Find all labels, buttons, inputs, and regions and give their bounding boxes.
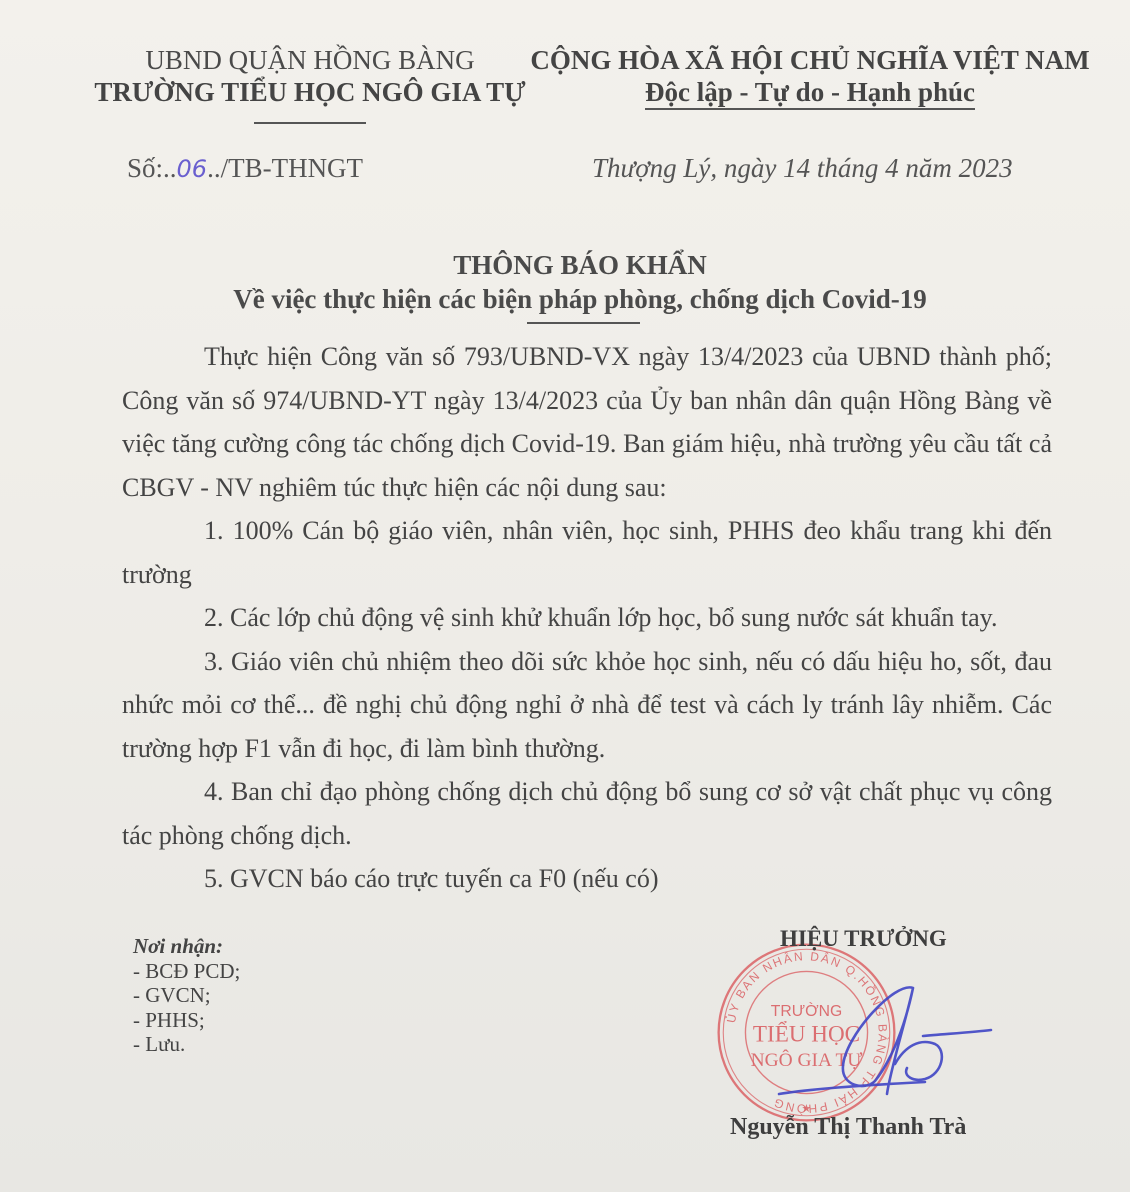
national-title: CỘNG HÒA XÃ HỘI CHỦ NGHĨA VIỆT NAM [530,44,1090,76]
recipient-item: - PHHS; [133,1008,240,1033]
document-number-handwritten: 06 [177,155,208,183]
list-item: 2. Các lớp chủ động vệ sinh khử khuẩn lớ… [122,596,1052,640]
issuing-authority-header: UBND QUẬN HỒNG BÀNG TRƯỜNG TIỂU HỌC NGÔ … [60,44,560,124]
handwritten-signature-icon [775,976,995,1106]
recipient-item: - Lưu. [133,1032,240,1057]
parent-organization: UBND QUẬN HỒNG BÀNG [60,44,560,76]
intro-paragraph: Thực hiện Công văn số 793/UBND-VX ngày 1… [122,335,1052,509]
document-title: THÔNG BÁO KHẨN [100,248,1060,282]
list-item: 4. Ban chỉ đạo phòng chống dịch chủ động… [122,770,1052,857]
list-item: 3. Giáo viên chủ nhiệm theo dõi sức khỏe… [122,640,1052,771]
title-block: THÔNG BÁO KHẨN Về việc thực hiện các biệ… [100,248,1060,324]
recipient-item: - GVCN; [133,983,240,1008]
document-number-prefix: Số:.. [127,153,177,183]
signer-name: Nguyễn Thị Thanh Trà [730,1114,966,1141]
recipient-item: - BCĐ PCD; [133,959,240,984]
national-motto: Độc lập - Tự do - Hạnh phúc [645,76,975,110]
list-item: 5. GVCN báo cáo trực tuyến ca F0 (nếu có… [122,857,1052,901]
recipients-label: Nơi nhận: [133,934,240,959]
title-divider [527,322,640,324]
document-number: Số:..06../TB-THNGT [127,153,363,184]
document-number-suffix: ../TB-THNGT [207,153,363,183]
document-subject: Về việc thực hiện các biện pháp phòng, c… [100,282,1060,316]
document-body: Thực hiện Công văn số 793/UBND-VX ngày 1… [122,335,1052,901]
dateline: Thượng Lý, ngày 14 tháng 4 năm 2023 [592,153,1013,184]
national-header: CỘNG HÒA XÃ HỘI CHỦ NGHĨA VIỆT NAM Độc l… [530,44,1090,110]
recipients-block: Nơi nhận: - BCĐ PCD; - GVCN; - PHHS; - L… [133,934,240,1057]
signer-role: HIỆU TRƯỞNG [780,926,947,952]
list-item: 1. 100% Cán bộ giáo viên, nhân viên, học… [122,509,1052,596]
school-name: TRƯỜNG TIỂU HỌC NGÔ GIA TỰ [60,76,560,108]
header-divider [254,122,366,124]
